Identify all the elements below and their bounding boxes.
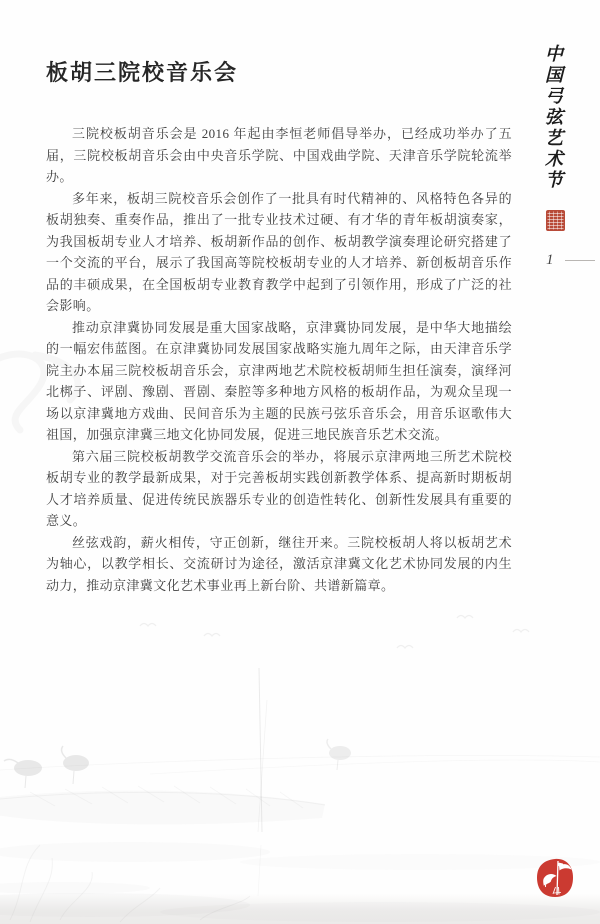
page-title: 板胡三院校音乐会 <box>46 56 512 87</box>
red-seal-stamp <box>546 210 565 231</box>
paragraph-3: 推动京津冀协同发展是重大国家战略，京津冀协同发展，是中华大地描绘的一幅宏伟蓝图。… <box>46 317 512 446</box>
standing-cranes <box>4 739 351 788</box>
page-number-row: 1 <box>546 252 595 269</box>
article: 板胡三院校音乐会 三院校板胡音乐会是 2016 年起由李恒老师倡导举办，已经成功… <box>46 56 512 596</box>
logo-seal-circle <box>537 859 573 897</box>
paragraph-1: 三院校板胡音乐会是 2016 年起由李恒老师倡导举办，已经成功举办了五届，三院校… <box>46 123 512 188</box>
page-number-rule <box>565 260 595 261</box>
festival-crane-logo <box>534 857 576 899</box>
paragraph-2: 多年来，板胡三院校音乐会创作了一批具有时代精神的、风格特色各异的板胡独奏、重奏作… <box>46 188 512 317</box>
page-number: 1 <box>546 252 554 269</box>
paragraph-5: 丝弦戏韵，薪火相传，守正创新，继往开来。三院校板胡人将以板胡艺术为轴心，以教学相… <box>46 532 512 597</box>
page-bottom-shadow <box>0 894 600 924</box>
paragraph-4: 第六届三院校板胡教学交流音乐会的举办，将展示京津两地三所艺术院校板胡专业的教学最… <box>46 446 512 532</box>
boat-mast <box>0 668 600 896</box>
boat-hull <box>0 786 325 824</box>
flying-birds <box>140 616 529 649</box>
book-page: 板胡三院校音乐会 三院校板胡音乐会是 2016 年起由李恒老师倡导举办，已经成功… <box>0 0 600 924</box>
festival-calligraphy: 中国弓弦艺术节 <box>541 44 565 191</box>
